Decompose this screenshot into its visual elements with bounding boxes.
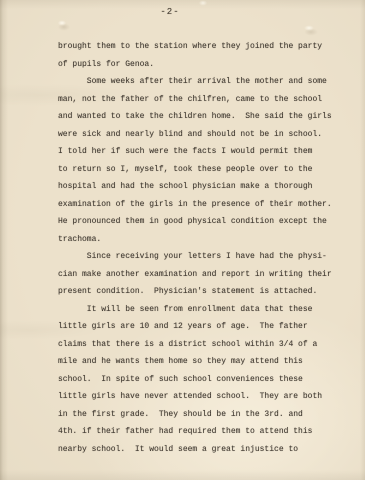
document-body: brought them to the station where they j… [58, 38, 348, 458]
text-line: 4th. if their father had required them t… [58, 423, 348, 441]
text-line: examination of the girls in the presence… [58, 196, 348, 214]
text-line: present condition. Physician's statement… [58, 283, 348, 301]
text-line: were sick and nearly blind and should no… [58, 126, 348, 144]
text-line: nearby school. It would seem a great inj… [58, 441, 348, 459]
page-number: -2- [0, 7, 340, 17]
text-line: hospital and had the school physician ma… [58, 178, 348, 196]
text-line: He pronounced them in good physical cond… [58, 213, 348, 231]
text-line: school. In spite of such school convenie… [58, 371, 348, 389]
document-page: -2- brought them to the station where th… [0, 0, 365, 480]
text-line: to return so I, myself, took these peopl… [58, 161, 348, 179]
text-line: mile and he wants them home so they may … [58, 353, 348, 371]
text-line: cian make another examination and report… [58, 266, 348, 284]
text-line: in the first grade. They should be in th… [58, 406, 348, 424]
text-line: It will be seen from enrollment data tha… [58, 301, 348, 319]
text-line: little girls have never attended school.… [58, 388, 348, 406]
text-line: and wanted to take the children home. Sh… [58, 108, 348, 126]
text-line: claims that there is a district school w… [58, 336, 348, 354]
text-line: Some weeks after their arrival the mothe… [58, 73, 348, 91]
text-line: I told her if such were the facts I woul… [58, 143, 348, 161]
text-line: man, not the father of the chilfren, cam… [58, 91, 348, 109]
text-line: trachoma. [58, 231, 348, 249]
text-line: of pupils for Genoa. [58, 56, 348, 74]
text-line: little girls are 10 and 12 years of age.… [58, 318, 348, 336]
text-line: Since receiving your letters I have had … [58, 248, 348, 266]
text-line: brought them to the station where they j… [58, 38, 348, 56]
